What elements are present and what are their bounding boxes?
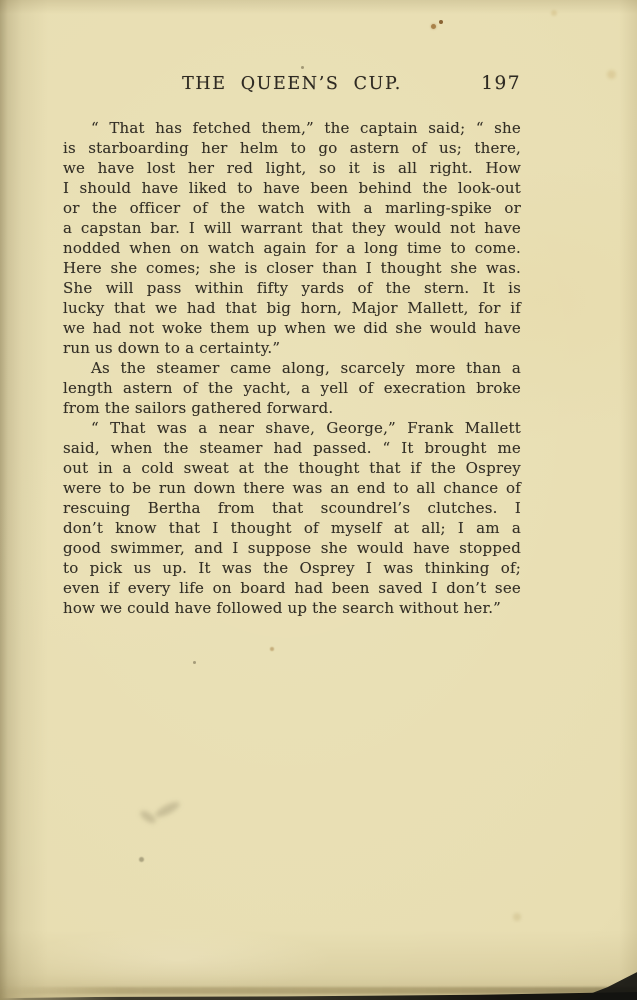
text-line: “ That has fetched them,” the captain sa…: [63, 118, 521, 138]
paragraph: As the steamer came along, scarcely more…: [63, 358, 521, 418]
text-line: a capstan bar. I will warrant that they …: [63, 218, 521, 238]
text-line: even if every life on board had been sav…: [63, 578, 521, 598]
text-line: nodded when on watch again for a long ti…: [63, 238, 521, 258]
page-bottom-edge-darkening: [0, 987, 637, 994]
text-line: we had not woke them up when we did she …: [63, 318, 521, 338]
text-line: we have lost her red light, so it is all…: [63, 158, 521, 178]
text-line: Here she comes; she is closer than I tho…: [63, 258, 521, 278]
text-line: out in a cold sweat at the thought that …: [63, 458, 521, 478]
foxing-spot: [139, 857, 144, 862]
book-page-scan: THE QUEEN’S CUP. 197 “ That has fetched …: [0, 0, 637, 1000]
foxing-spot: [439, 20, 443, 24]
text-line: or the officer of the watch with a marli…: [63, 198, 521, 218]
page-body-text: “ That has fetched them,” the captain sa…: [63, 118, 521, 618]
foxing-spot: [607, 70, 616, 79]
text-line: don’t know that I thought of myself at a…: [63, 518, 521, 538]
running-header: THE QUEEN’S CUP. 197: [63, 74, 521, 98]
paragraph: “ That has fetched them,” the captain sa…: [63, 118, 521, 358]
text-line: rescuing Bertha from that scoundrel’s cl…: [63, 498, 521, 518]
foxing-spot: [551, 10, 557, 16]
smudge-mark: [138, 809, 157, 826]
foxing-spot: [513, 913, 521, 921]
foxing-spot: [270, 647, 274, 651]
text-line: I should have liked to have been behind …: [63, 178, 521, 198]
running-header-title: THE QUEEN’S CUP.: [182, 74, 402, 94]
text-line: said, when the steamer had passed. “ It …: [63, 438, 521, 458]
text-line: is starboarding her helm to go astern of…: [63, 138, 521, 158]
text-line: good swimmer, and I suppose she would ha…: [63, 538, 521, 558]
text-line: were to be run down there was an end to …: [63, 478, 521, 498]
text-line: She will pass within fifty yards of the …: [63, 278, 521, 298]
text-line: to pick us up. It was the Osprey I was t…: [63, 558, 521, 578]
foxing-spot: [193, 661, 196, 664]
text-line: length astern of the yacht, a yell of ex…: [63, 378, 521, 398]
page-number: 197: [481, 73, 521, 94]
text-line: run us down to a certainty.”: [63, 338, 521, 358]
text-line: from the sailors gathered forward.: [63, 398, 521, 418]
text-line: lucky that we had that big horn, Major M…: [63, 298, 521, 318]
foxing-spot: [431, 24, 436, 29]
paragraph: “ That was a near shave, George,” Frank …: [63, 418, 521, 618]
text-line: “ That was a near shave, George,” Frank …: [63, 418, 521, 438]
text-line: how we could have followed up the search…: [63, 598, 521, 618]
foxing-spot: [301, 66, 304, 69]
smudge-mark: [153, 799, 181, 820]
text-line: As the steamer came along, scarcely more…: [63, 358, 521, 378]
